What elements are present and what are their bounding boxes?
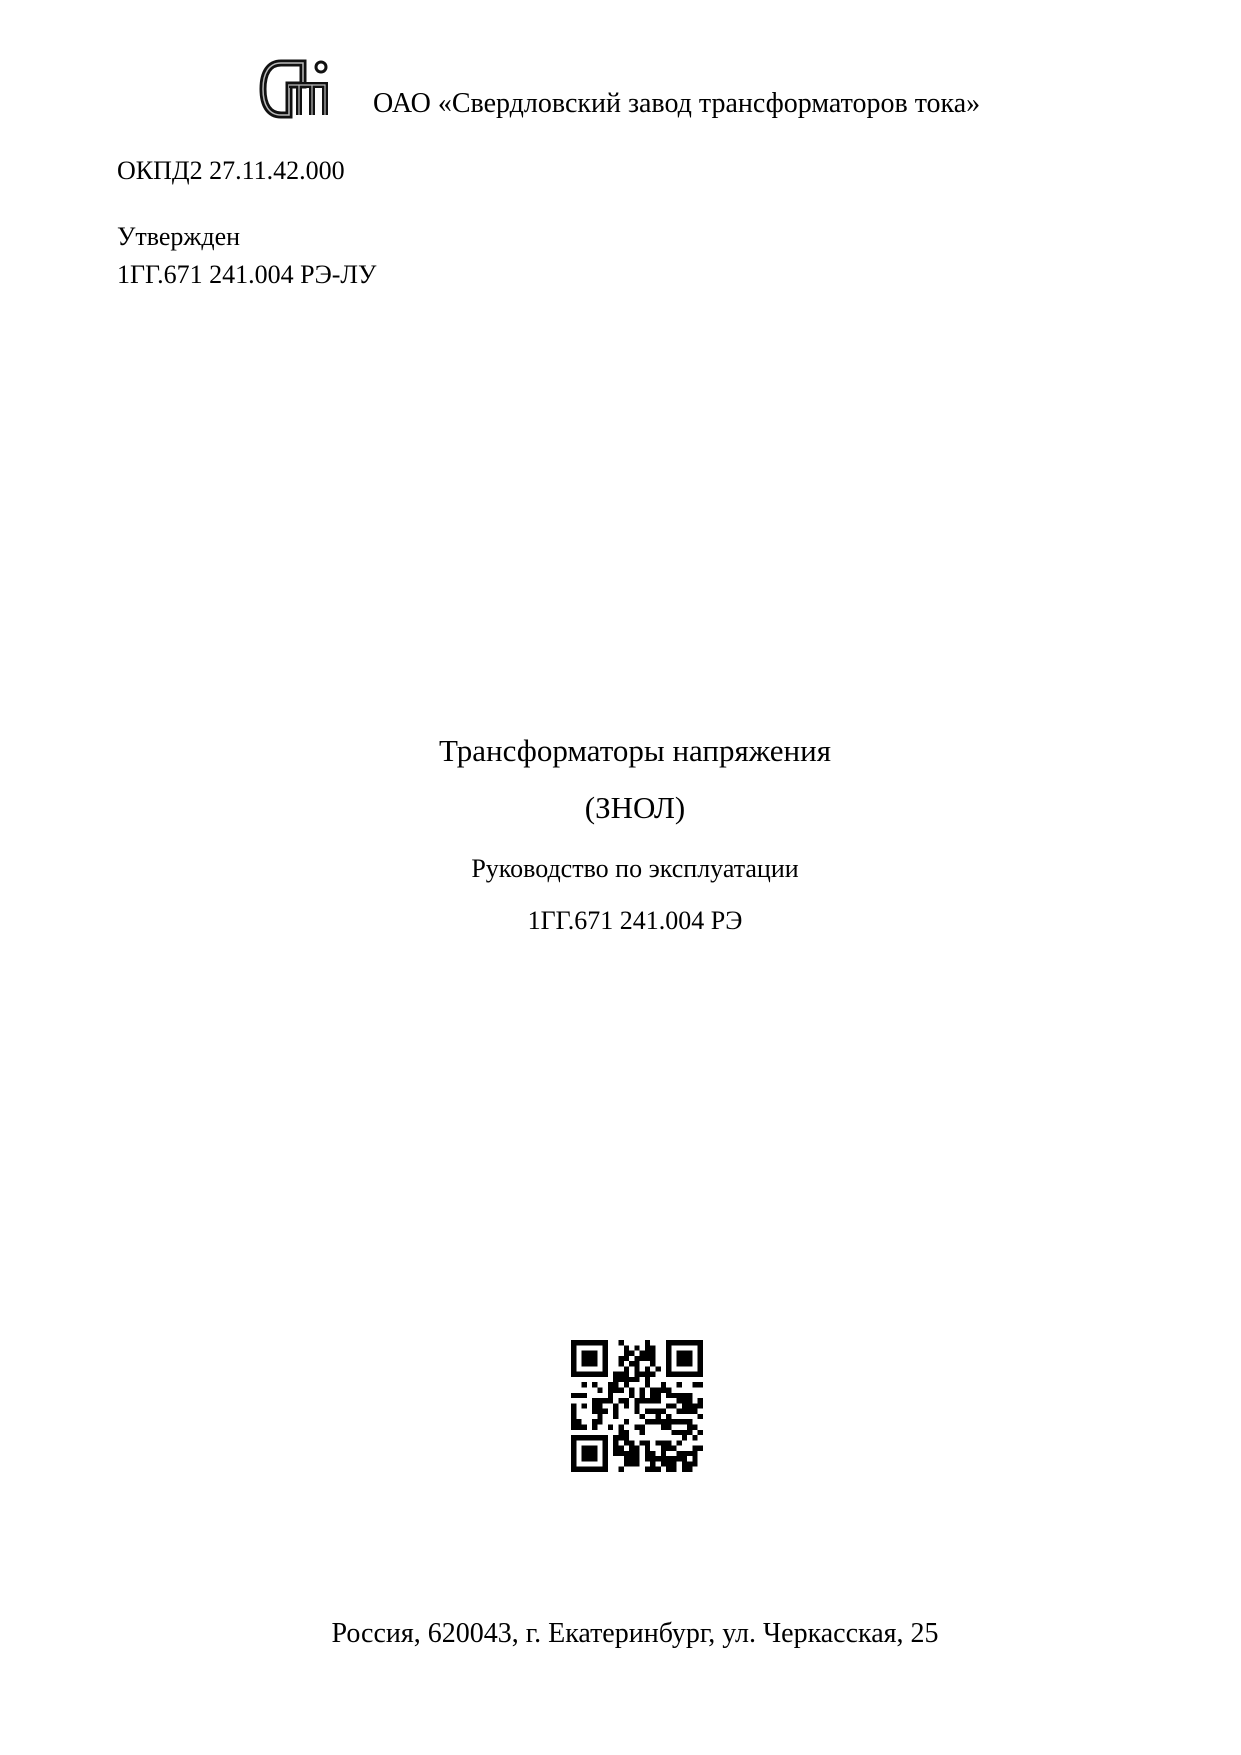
document-code: 1ГГ.671 241.004 РЭ bbox=[0, 906, 1241, 936]
document-subtitle: (ЗНОЛ) bbox=[0, 790, 1241, 826]
company-name: ОАО «Свердловский завод трансформаторов … bbox=[373, 88, 980, 120]
document-type: Руководство по эксплуатации bbox=[0, 854, 1241, 884]
approval-code: 1ГГ.671 241.004 РЭ-ЛУ bbox=[117, 260, 376, 290]
qr-code-icon bbox=[571, 1340, 703, 1472]
classification-code: ОКПД2 27.11.42.000 bbox=[117, 156, 345, 186]
document-title: Трансформаторы напряжения bbox=[0, 733, 1241, 769]
company-logo-icon bbox=[259, 55, 331, 120]
footer-address: Россия, 620043, г. Екатеринбург, ул. Чер… bbox=[0, 1618, 1241, 1650]
approval-label: Утвержден bbox=[117, 222, 240, 252]
